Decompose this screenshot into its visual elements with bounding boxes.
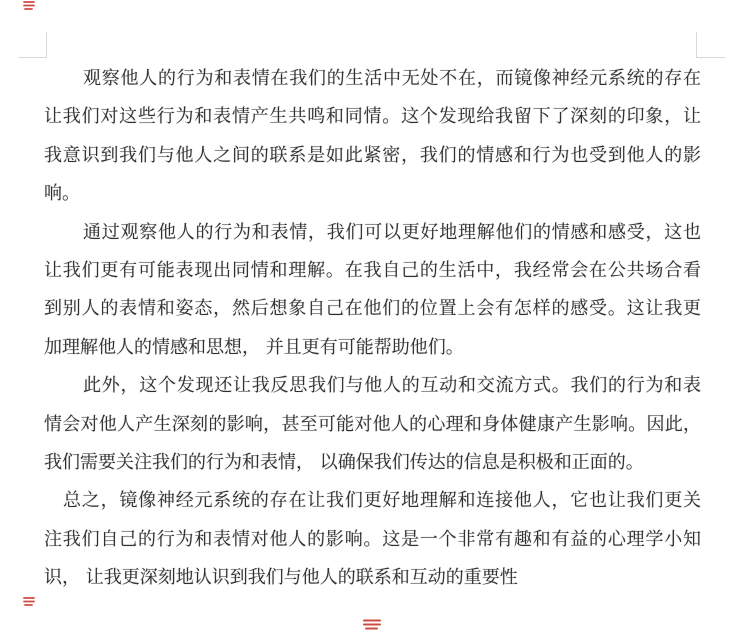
text-line: 加理解他人的情感和思想， 并且更有可能帮助他们。 (44, 329, 701, 367)
text-line: 我们需要关注我们的行为和表情， 以确保我们传达的信息是积极和正面的。 (44, 444, 701, 482)
text-line: 响。 (44, 175, 701, 213)
text-line: 注我们自己的行为和表情对他人的影响。这是一个非常有趣和有益的心理学小知 (44, 521, 701, 559)
margin-corner-mark-right (696, 32, 725, 58)
text-line: 识， 让我更深刻地认识到我们与他人的联系和互动的重要性 (44, 559, 701, 597)
text-line: 让我们更有可能表现出同情和理解。在我自己的生活中，我经常会在公共场合看 (44, 252, 701, 290)
red-mark-bottom-center-icon (362, 618, 382, 631)
essay-text-block: 观察他人的行为和表情在我们的生活中无处不在，而镜像神经元系统的存在 让我们对这些… (44, 60, 701, 597)
text-line: 到别人的表情和姿态，然后想象自己在他们的位置上会有怎样的感受。这让我更 (44, 290, 701, 328)
text-line: 通过观察他人的行为和表情，我们可以更好地理解他们的情感和感受，这也 (44, 214, 701, 252)
red-mark-bottom-left-icon (22, 596, 36, 607)
text-line: 让我们对这些行为和表情产生共鸣和同情。这个发现给我留下了深刻的印象，让 (44, 98, 701, 136)
text-line: 观察他人的行为和表情在我们的生活中无处不在，而镜像神经元系统的存在 (44, 60, 701, 98)
red-mark-top-left-icon (22, 0, 36, 11)
document-page: 观察他人的行为和表情在我们的生活中无处不在，而镜像神经元系统的存在 让我们对这些… (0, 0, 749, 640)
margin-corner-mark-left (18, 32, 47, 58)
text-line: 情会对他人产生深刻的影响，甚至可能对他人的心理和身体健康产生影响。因此， (44, 406, 701, 444)
text-line: 总之，镜像神经元系统的存在让我们更好地理解和连接他人，它也让我们更关 (44, 482, 701, 520)
text-line: 我意识到我们与他人之间的联系是如此紧密，我们的情感和行为也受到他人的影 (44, 137, 701, 175)
text-line: 此外，这个发现还让我反思我们与他人的互动和交流方式。我们的行为和表 (44, 367, 701, 405)
